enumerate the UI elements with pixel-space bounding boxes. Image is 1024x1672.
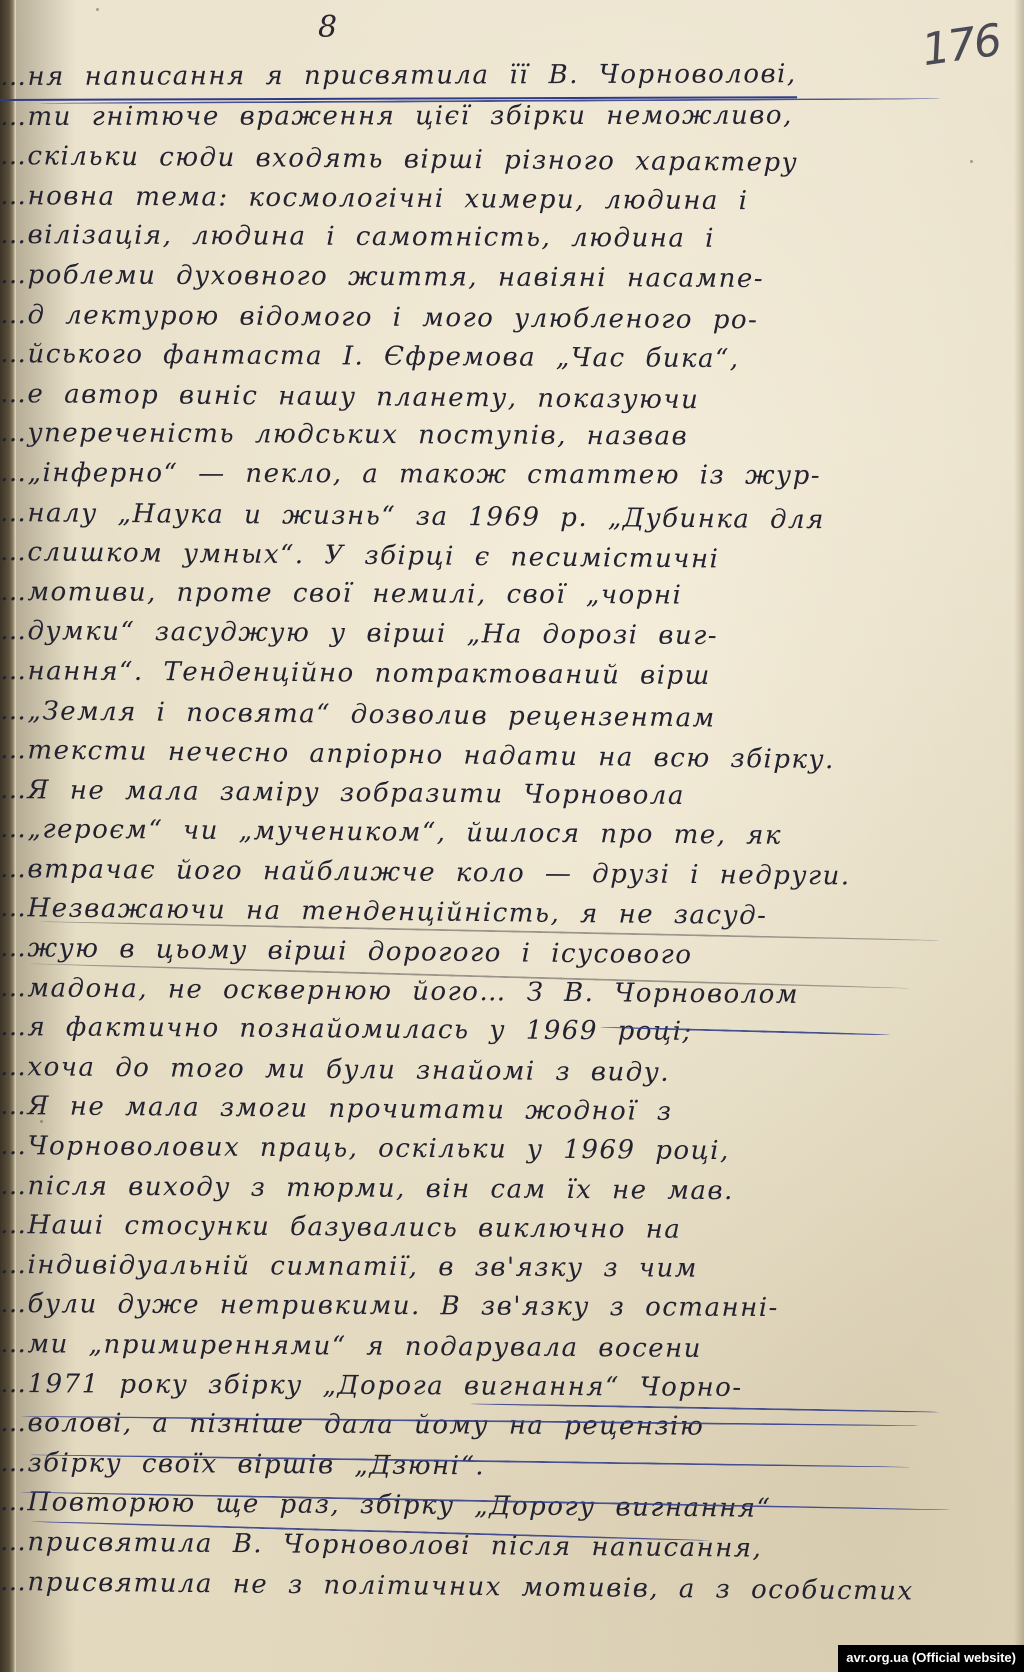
text-line: …ми „примиреннями“ я подарувала восени <box>0 1325 1010 1372</box>
line-text: …присвятила не з політичних мотивів, а з… <box>0 1563 914 1612</box>
line-text: …роблеми духовного життя, навіяні насамп… <box>0 256 764 300</box>
line-text: …Наші стосунки базувались виключно на <box>0 1206 681 1250</box>
line-text: …новна тема: космологічні химери, людина… <box>0 177 749 222</box>
text-line: …індивідуальній симпатії, в зв'язку з чи… <box>0 1246 1010 1291</box>
line-text: …індивідуальній симпатії, в зв'язку з чи… <box>0 1246 698 1289</box>
page-right-edge <box>1014 0 1024 1672</box>
text-line: …мотиви, проте свої немилі, свої „чорні <box>0 573 1010 618</box>
line-text: …вілізація, людина і самотність, людина … <box>0 216 715 259</box>
line-text: …скільки сюди входять вірші різного хара… <box>0 137 798 184</box>
line-text: …ми „примиреннями“ я подарувала восени <box>0 1325 702 1369</box>
line-text: …думки“ засуджую у вірші „На дорозі виг- <box>0 612 718 657</box>
line-text: …„інферно“ — пекло, а також статтею із ж… <box>0 454 821 496</box>
line-text: …Я не мала заміру зобразити Чорновола <box>0 771 685 817</box>
text-line: …упереченість людських поступів, назвав <box>0 414 1010 459</box>
line-text: …збірку своїх віршів „Дзюні“. <box>0 1444 485 1487</box>
line-text: …„героєм“ чи „мучеником“, йшлося про те,… <box>0 810 782 856</box>
manuscript-text: …ня написання я присвятила її В. Чорново… <box>0 58 1010 1602</box>
text-line: …думки“ засуджую у вірші „На дорозі виг- <box>0 612 1010 659</box>
text-line: …вілізація, людина і самотність, людина … <box>0 216 1010 261</box>
line-text: …ня написання я присвятила її В. Чорново… <box>0 55 797 100</box>
line-text: …були дуже нетривкими. В зв'язку з остан… <box>0 1285 779 1329</box>
text-line: …я фактично познайомилась у 1969 році; <box>0 1008 1010 1055</box>
line-text: …йського фантаста І. Єфремова „Час бика“… <box>0 335 740 380</box>
text-line: …нання“. Тенденційно потрактований вірш <box>0 652 1010 699</box>
text-line: …йського фантаста І. Єфремова „Час бика“… <box>0 335 1010 382</box>
text-line: …ня написання я присвятила її В. Чорново… <box>0 54 1010 97</box>
line-text: …1971 року збірку „Дорога вигнання“ Чорн… <box>0 1365 743 1408</box>
line-text: …я фактично познайомилась у 1969 році; <box>0 1008 693 1052</box>
watermark-source-label: avr.org.ua (Official website) <box>838 1645 1024 1672</box>
page-number: 8 <box>318 10 337 45</box>
text-line: …були дуже нетривкими. В зв'язку з остан… <box>0 1285 1010 1330</box>
line-text: …Я не мала змоги прочитати жодної з <box>0 1087 673 1132</box>
line-text: …упереченість людських поступів, назвав <box>0 414 688 457</box>
line-text: …після виходу з тюрми, він сам їх не мав… <box>0 1167 734 1212</box>
text-line: …роблеми духовного життя, навіяні насамп… <box>0 256 1010 301</box>
line-text: …жую в цьому вірші дорогого і ісусового <box>0 929 693 976</box>
text-line: …1971 року збірку „Дорога вигнання“ Чорн… <box>0 1365 1010 1410</box>
line-text: …нання“. Тенденційно потрактований вірш <box>0 652 711 697</box>
text-line: …„інферно“ — пекло, а також статтею із ж… <box>0 454 1010 497</box>
line-text: …д лектурою відомого і мого улюбленого р… <box>0 296 758 341</box>
paper-speck <box>96 8 99 11</box>
line-text: …Чорноволових праць, оскільки у 1969 роц… <box>0 1127 730 1172</box>
manuscript-page: 8 176 …ня написання я присвятила її В. Ч… <box>0 0 1024 1672</box>
line-text: …мотиви, проте свої немилі, свої „чорні <box>0 573 682 616</box>
text-line: …Чорноволових праць, оскільки у 1969 роц… <box>0 1127 1010 1174</box>
line-text: …хоча до того ми були знайомі з виду. <box>0 1048 670 1093</box>
line-text: …волові, а пізніше дала йому на рецензію <box>0 1404 704 1447</box>
